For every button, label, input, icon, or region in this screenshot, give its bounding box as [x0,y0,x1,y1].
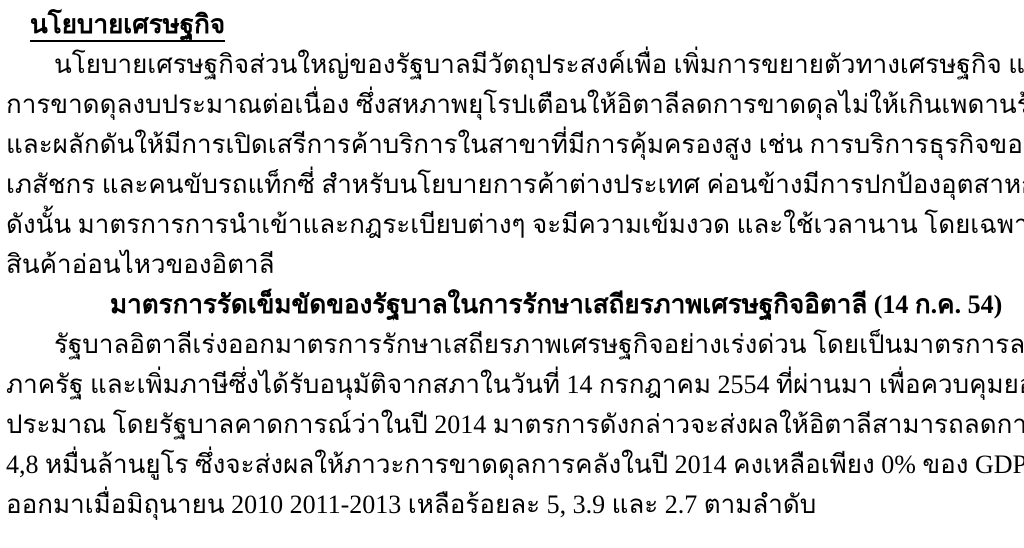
section-heading: มาตรการรัดเข็มขัดของรัฐบาลในการรักษาเสถี… [6,285,1016,325]
paragraph1-line1: นโยบายเศรษฐกิจส่วนใหญ่ของรัฐบาลมีวัตถุปร… [6,45,1016,85]
paragraph2-line5: ออกมาเมื่อมิถุนายน 2010 2011-2013 เหลือร… [6,485,1016,525]
paragraph2-line1: รัฐบาลอิตาลีเร่งออกมาตรการรักษาเสถียรภาพ… [6,325,1016,365]
document-page: นโยบายเศรษฐกิจ นโยบายเศรษฐกิจส่วนใหญ่ของ… [0,0,1024,548]
paragraph2-line3: ประมาณ โดยรัฐบาลคาดการณ์ว่าในปี 2014 มาต… [6,405,1016,445]
document-title: นโยบายเศรษฐกิจ [6,5,1016,45]
paragraph1-line5: ดังนั้น มาตรการการนำเข้าและกฎระเบียบต่าง… [6,205,1016,245]
paragraph2-line2: ภาครัฐ และเพิ่มภาษีซึ่งได้รับอนุมัติจากส… [6,365,1016,405]
document-title-text: นโยบายเศรษฐกิจ [30,10,225,42]
paragraph1-line4: เภสัชกร และคนขับรถแท็กซี่ สำหรับนโยบายกา… [6,165,1016,205]
paragraph1-line3: และผลักดันให้มีการเปิดเสรีการค้าบริการใน… [6,125,1016,165]
paragraph2-line4: 4,8 หมื่นล้านยูโร ซึ่งจะส่งผลให้ภาวะการข… [6,445,1016,485]
paragraph1-line2: การขาดดุลงบประมาณต่อเนื่อง ซึ่งสหภาพยุโร… [6,85,1016,125]
paragraph1-line6: สินค้าอ่อนไหวของอิตาลี [6,245,1016,285]
